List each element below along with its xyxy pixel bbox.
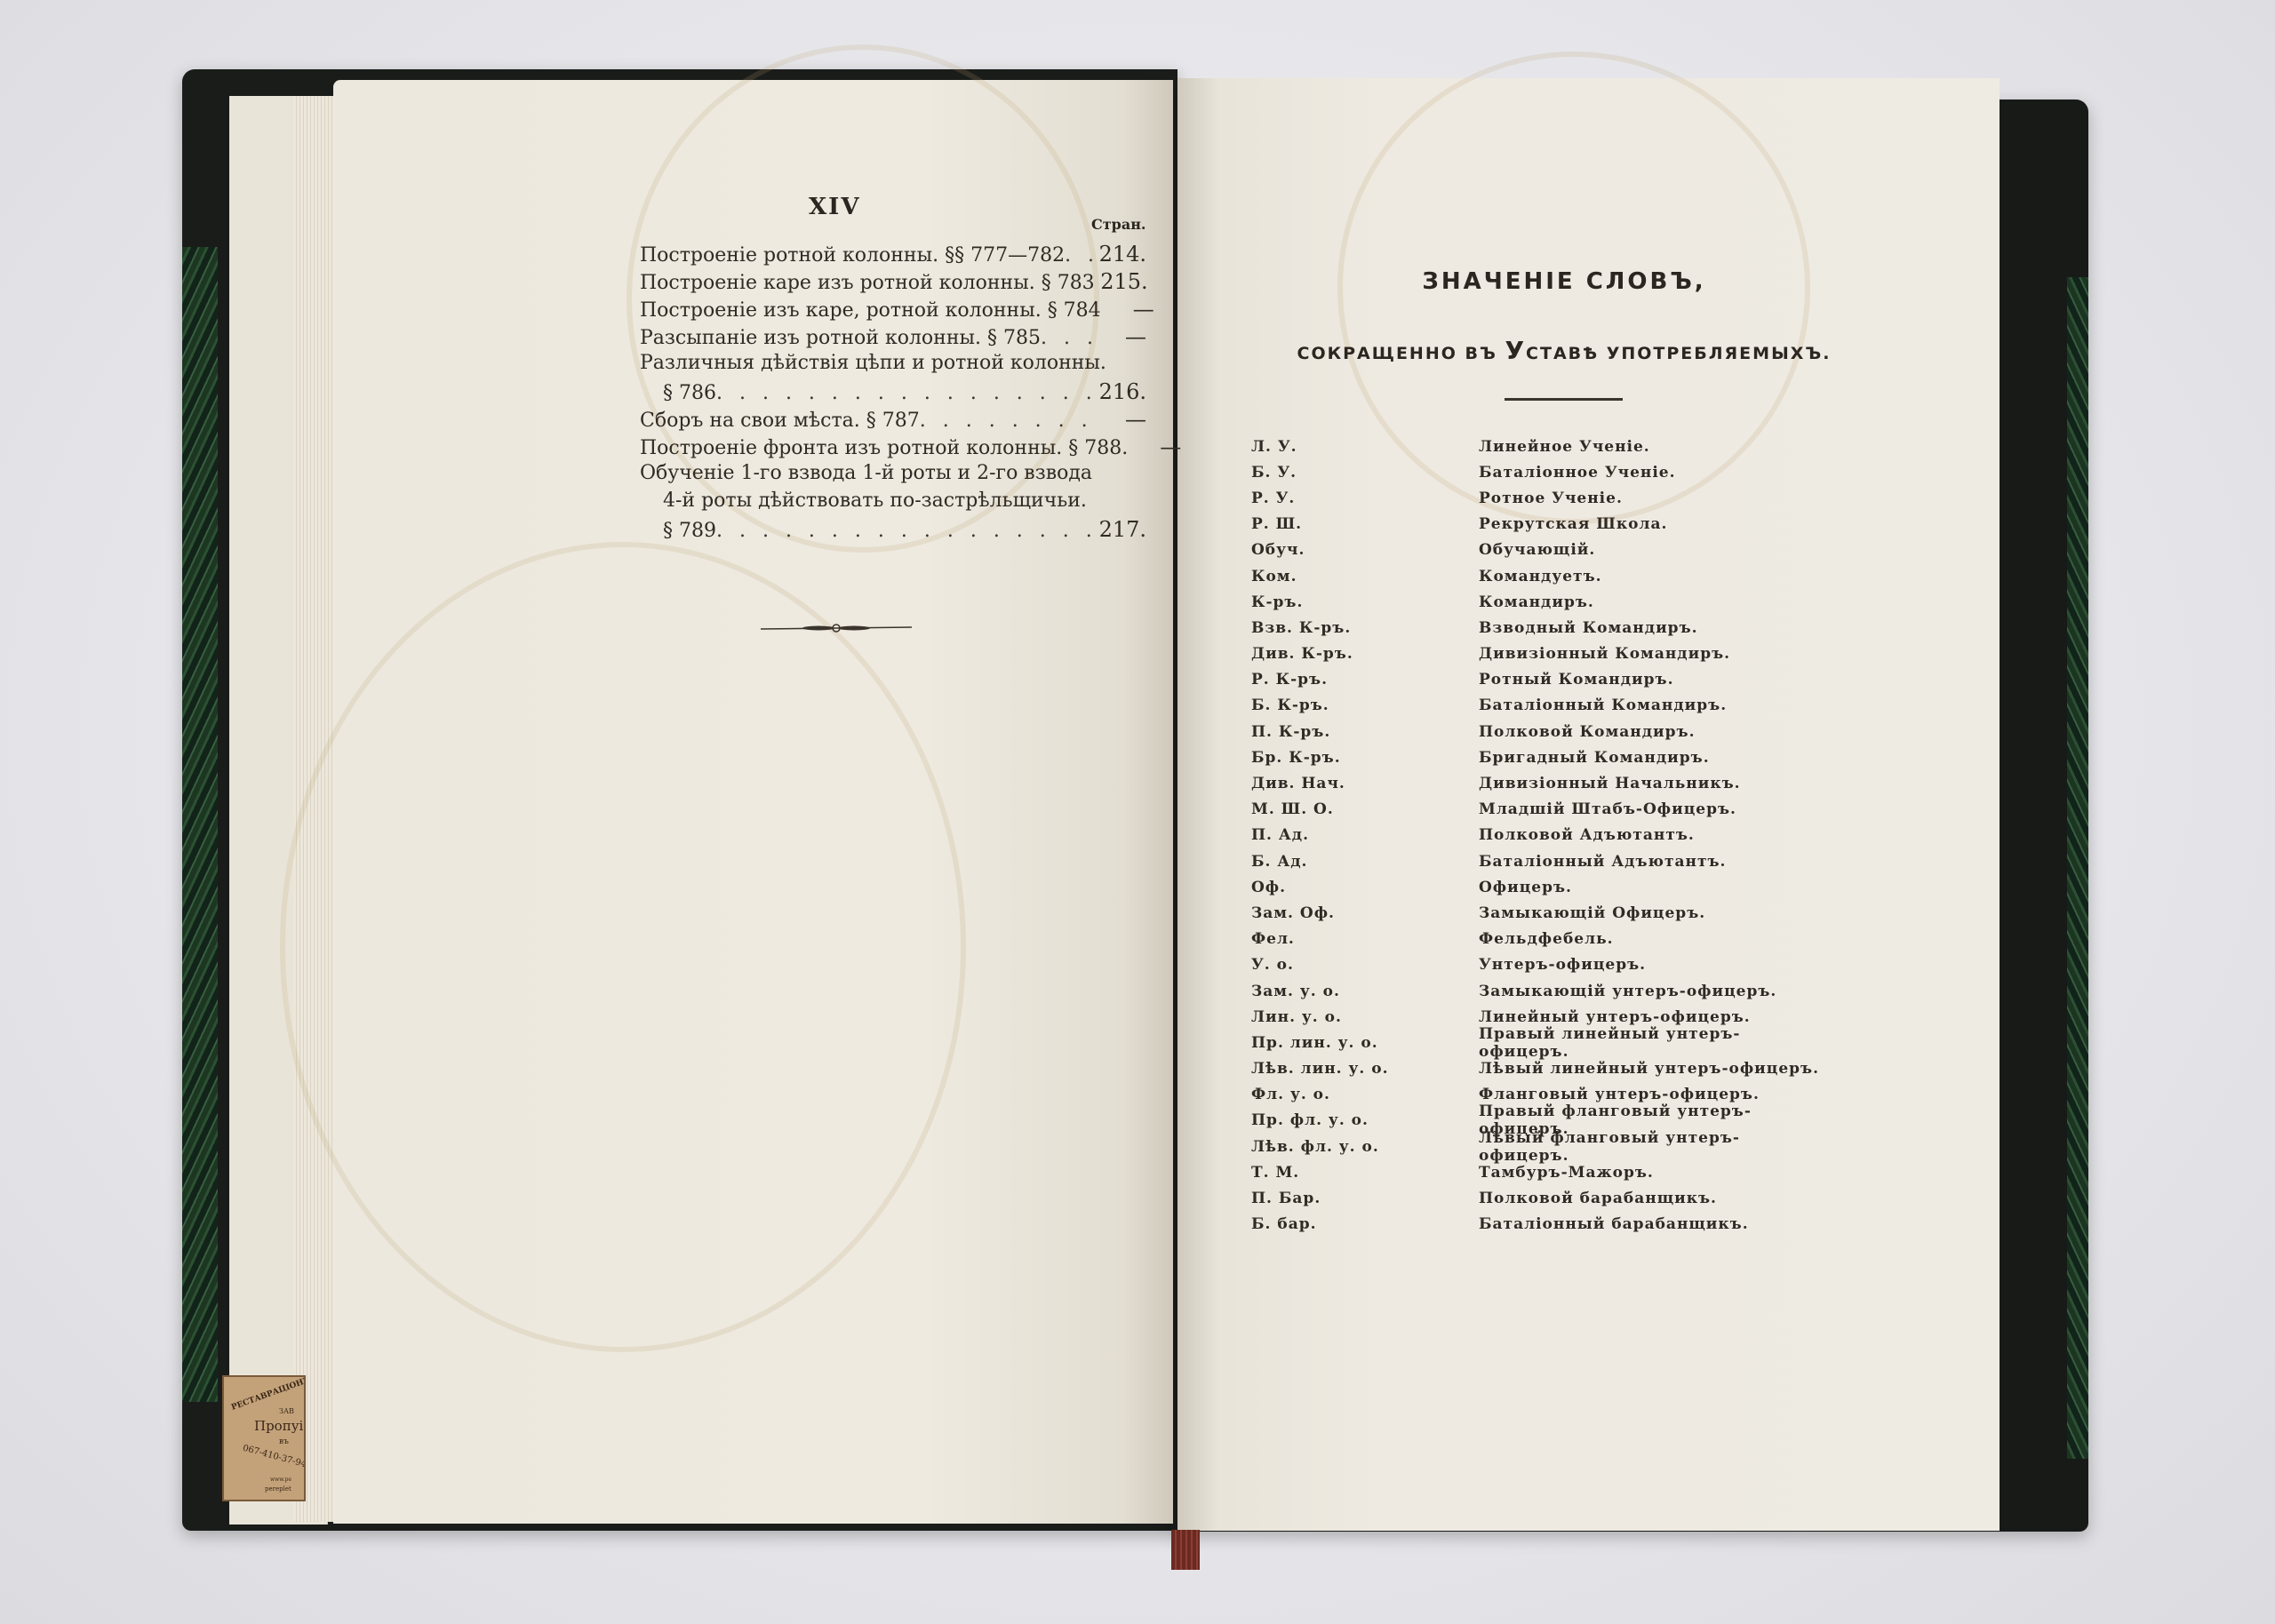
- bookbinder-label: РЕСТАВРАЦІОНН ЗАВ Пропуі въ 067-410-37-9…: [222, 1375, 306, 1501]
- abbreviation: Б. У.: [1251, 464, 1479, 482]
- abbreviation: П. Ад.: [1251, 826, 1479, 844]
- toc-entry: Сборъ на свои мѣста. § 787. . . . . . . …: [640, 407, 1146, 434]
- toc-entry: Различныя дѣйствія цѣпи и ротной колонны…: [640, 352, 1146, 379]
- abbreviation: Пр. лин. у. о.: [1251, 1034, 1479, 1052]
- abbreviation-meaning: Баталіонный Адъютантъ.: [1479, 853, 1820, 871]
- abbreviation: Лѣв. лин. у. о.: [1251, 1060, 1479, 1078]
- toc-leader: . . . . . . . . . .: [920, 410, 1093, 432]
- page-title: ЗНАЧЕНІЕ СЛОВЪ,: [1244, 268, 1884, 295]
- toc-entry: Обученіе 1-го взвода 1-й роты и 2-го взв…: [640, 462, 1146, 490]
- abbreviation-meaning: Дивизіонный Командиръ.: [1479, 645, 1820, 663]
- toc-leader: . . . . . . . . . . . . . . . . . . . . …: [716, 382, 1093, 404]
- abbreviation-meaning: Рекрутская Школа.: [1479, 515, 1820, 533]
- abbreviation: Див. Нач.: [1251, 775, 1479, 792]
- abbreviation-row: Ком.Командуетъ.: [1251, 563, 1820, 589]
- toc-entry: Построеніе фронта изъ ротной колонны. § …: [640, 434, 1146, 462]
- abbreviation-row: Лѣв. лин. у. о.Лѣвый линейный унтеръ-офи…: [1251, 1056, 1820, 1082]
- toc-entry: 4-й роты дѣйствовать по-застрѣльщичьи.: [640, 490, 1146, 517]
- abbreviation: Пр. фл. у. о.: [1251, 1111, 1479, 1129]
- abbreviation-row: Обуч.Обучающій.: [1251, 537, 1820, 563]
- abbreviation-row: Л. У.Линейное Ученіе.: [1251, 434, 1820, 459]
- abbreviation-row: Див. Нач.Дивизіонный Начальникъ.: [1251, 770, 1820, 796]
- toc-entry-text: Построеніе изъ каре, ротной колонны. § 7…: [640, 299, 1101, 322]
- abbreviation: Зам. у. о.: [1251, 983, 1479, 1000]
- label-text: ЗАВ: [279, 1407, 294, 1415]
- abbreviation: Лѣв. фл. у. о.: [1251, 1138, 1479, 1156]
- abbreviation-row: Зам. Оф.Замыкающій Офицеръ.: [1251, 900, 1820, 926]
- abbreviation: Фл. у. о.: [1251, 1086, 1479, 1103]
- subtitle-part: УПОТРЕБЛЯЕМЫХЪ.: [1599, 344, 1831, 363]
- label-text: pereplet: [265, 1485, 291, 1493]
- abbreviation-meaning: Ротное Ученіе.: [1479, 490, 1820, 507]
- abbreviation: Б. бар.: [1251, 1215, 1479, 1233]
- page-subtitle: СОКРАЩЕННО ВЪ УСТАВѢ УПОТРЕБЛЯЕМЫХЪ.: [1244, 336, 1884, 365]
- toc-entry-text: Сборъ на свои мѣста. § 787: [640, 410, 920, 432]
- abbreviation-row: У. о.Унтеръ-офицеръ.: [1251, 952, 1820, 978]
- label-text: www.ре: [270, 1477, 291, 1483]
- abbreviation-row: Б. Ад.Баталіонный Адъютантъ.: [1251, 848, 1820, 874]
- toc-entry-text: Обученіе 1-го взвода 1-й роты и 2-го взв…: [640, 462, 1092, 484]
- label-text: Пропуі: [254, 1418, 303, 1434]
- toc-entry-text: Построеніе каре изъ ротной колонны. § 78…: [640, 272, 1095, 294]
- abbreviation-row: Р. У.Ротное Ученіе.: [1251, 485, 1820, 511]
- toc-page: —: [1093, 324, 1146, 349]
- abbreviation-meaning: Баталіонное Ученіе.: [1479, 464, 1820, 482]
- page-number: XIV: [809, 194, 861, 220]
- toc-leader: . . .: [1065, 244, 1093, 267]
- abbreviation-meaning: Линейный унтеръ-офицеръ.: [1479, 1008, 1820, 1026]
- toc-entry-text: § 789: [640, 520, 716, 542]
- toc-entry-text: 4-й роты дѣйствовать по-застрѣльщичьи.: [640, 490, 1087, 512]
- abbreviation-meaning: Офицеръ.: [1479, 879, 1820, 896]
- abbreviation-meaning: Бригадный Командиръ.: [1479, 749, 1820, 767]
- abbreviation: Взв. К-ръ.: [1251, 619, 1479, 637]
- abbreviation-row: Б. К-ръ.Баталіонный Командиръ.: [1251, 693, 1820, 719]
- toc-entry-text: Построеніе фронта изъ ротной колонны. § …: [640, 437, 1128, 459]
- toc-entry-text: § 786: [640, 382, 716, 404]
- abbreviation: Р. К-ръ.: [1251, 671, 1479, 689]
- abbreviation-meaning: Замыкающій унтеръ-офицеръ.: [1479, 983, 1820, 1000]
- abbreviation: К-ръ.: [1251, 593, 1479, 611]
- abbreviation-meaning: Полковой Адъютантъ.: [1479, 826, 1820, 844]
- abbreviation-meaning: Правый линейный унтеръ-офицеръ.: [1479, 1025, 1820, 1061]
- subtitle-part: СТАВѢ: [1526, 344, 1599, 363]
- toc-entry: § 789. . . . . . . . . . . . . . . . . .…: [640, 517, 1146, 545]
- abbreviation-row: Р. Ш.Рекрутская Школа.: [1251, 512, 1820, 537]
- abbreviation-meaning: Взводный Командиръ.: [1479, 619, 1820, 637]
- abbreviation-row: М. Ш. О.Младшій Штабъ-Офицеръ.: [1251, 797, 1820, 823]
- abbreviation-meaning: Дивизіонный Начальникъ.: [1479, 775, 1820, 792]
- abbreviation-meaning: Младшій Штабъ-Офицеръ.: [1479, 800, 1820, 818]
- label-text: въ: [279, 1437, 289, 1446]
- toc-leader: . . . .: [1041, 327, 1093, 349]
- abbreviation-row: П. Бар.Полковой барабанщикъ.: [1251, 1185, 1820, 1211]
- abbreviation-meaning: Замыкающій Офицеръ.: [1479, 904, 1820, 922]
- abbreviation-row: Взв. К-ръ.Взводный Командиръ.: [1251, 615, 1820, 641]
- toc-page: —: [1101, 297, 1154, 322]
- toc-page: 215.: [1095, 269, 1148, 294]
- toc-page: 217.: [1093, 517, 1146, 542]
- table-of-contents: Построеніе ротной колонны. §§ 777—782. .…: [640, 242, 1146, 545]
- abbreviation-row: Т. М.Тамбуръ-Мажоръ.: [1251, 1159, 1820, 1185]
- toc-page: —: [1093, 407, 1146, 432]
- abbreviation: Р. Ш.: [1251, 515, 1479, 533]
- abbreviation-meaning: Баталіонный барабанщикъ.: [1479, 1215, 1820, 1233]
- abbreviation: М. Ш. О.: [1251, 800, 1479, 818]
- abbreviation-meaning: Унтеръ-офицеръ.: [1479, 956, 1820, 974]
- subtitle-part: СОКРАЩЕННО ВЪ: [1297, 344, 1505, 363]
- abbreviation-meaning: Баталіонный Командиръ.: [1479, 697, 1820, 714]
- abbreviation-meaning: Лѣвый фланговый унтеръ-офицеръ.: [1479, 1129, 1820, 1165]
- abbreviation-row: Див. К-ръ.Дивизіонный Командиръ.: [1251, 641, 1820, 667]
- abbreviation-meaning: Фланговый унтеръ-офицеръ.: [1479, 1086, 1820, 1103]
- abbreviation: П. Бар.: [1251, 1190, 1479, 1207]
- title-rule: [1505, 398, 1623, 401]
- page-column-header: Стран.: [1091, 216, 1145, 233]
- abbreviation: У. о.: [1251, 956, 1479, 974]
- abbreviation-row: Бр. К-ръ.Бригадный Командиръ.: [1251, 744, 1820, 770]
- abbreviation-row: Б. У.Баталіонное Ученіе.: [1251, 459, 1820, 485]
- abbreviation-row: Оф.Офицеръ.: [1251, 874, 1820, 900]
- abbreviation-row: Пр. лин. у. о.Правый линейный унтеръ-офи…: [1251, 1030, 1820, 1055]
- marbled-edge-right: [2067, 277, 2088, 1459]
- toc-entry: Построеніе каре изъ ротной колонны. § 78…: [640, 269, 1146, 297]
- abbreviation: Ком.: [1251, 568, 1479, 585]
- marbled-edge-left: [182, 247, 218, 1402]
- abbreviation-meaning: Тамбуръ-Мажоръ.: [1479, 1164, 1820, 1182]
- abbreviation: Р. У.: [1251, 490, 1479, 507]
- water-stain: [280, 542, 966, 1352]
- abbreviation-meaning: Фельдфебель.: [1479, 930, 1820, 948]
- abbreviation-row: Р. К-ръ.Ротный Командиръ.: [1251, 667, 1820, 693]
- abbreviation-row: Фел.Фельдфебель.: [1251, 927, 1820, 952]
- abbreviation-row: Б. бар.Баталіонный барабанщикъ.: [1251, 1212, 1820, 1238]
- abbreviation-meaning: Полковой Командиръ.: [1479, 723, 1820, 741]
- abbreviation: Б. Ад.: [1251, 853, 1479, 871]
- toc-page: —: [1128, 434, 1181, 459]
- abbreviation-row: К-ръ.Командиръ.: [1251, 589, 1820, 615]
- abbreviation-row: П. К-ръ.Полковой Командиръ.: [1251, 719, 1820, 744]
- abbreviation-table: Л. У.Линейное Ученіе. Б. У.Баталіонное У…: [1251, 434, 1820, 1238]
- toc-entry: Разсыпаніе изъ ротной колонны. § 785. . …: [640, 324, 1146, 352]
- abbreviation-row: Зам. у. о.Замыкающій унтеръ-офицеръ.: [1251, 978, 1820, 1004]
- toc-leader: . . . . . . . . . . . . . . . . . . . . …: [716, 520, 1093, 542]
- toc-page: 216.: [1093, 379, 1146, 404]
- toc-page: 214.: [1093, 242, 1146, 267]
- abbreviation: Оф.: [1251, 879, 1479, 896]
- abbreviation: П. К-ръ.: [1251, 723, 1479, 741]
- abbreviation-meaning: Полковой барабанщикъ.: [1479, 1190, 1820, 1207]
- abbreviation: Див. К-ръ.: [1251, 645, 1479, 663]
- abbreviation-meaning: Линейное Ученіе.: [1479, 438, 1820, 456]
- abbreviation-meaning: Ротный Командиръ.: [1479, 671, 1820, 689]
- abbreviation: Бр. К-ръ.: [1251, 749, 1479, 767]
- subtitle-capital: У: [1505, 336, 1526, 365]
- abbreviation: Зам. Оф.: [1251, 904, 1479, 922]
- abbreviation: Т. М.: [1251, 1164, 1479, 1182]
- toc-entry: Построеніе ротной колонны. §§ 777—782. .…: [640, 242, 1146, 269]
- abbreviation: Фел.: [1251, 930, 1479, 948]
- abbreviation-meaning: Обучающій.: [1479, 541, 1820, 559]
- ornament-divider-icon: [761, 622, 912, 634]
- toc-entry-text: Различныя дѣйствія цѣпи и ротной колонны…: [640, 352, 1106, 374]
- abbreviation-meaning: Командиръ.: [1479, 593, 1820, 611]
- abbreviation-row: П. Ад.Полковой Адъютантъ.: [1251, 823, 1820, 848]
- abbreviation-meaning: Лѣвый линейный унтеръ-офицеръ.: [1479, 1060, 1820, 1078]
- label-text: РЕСТАВРАЦІОНН: [230, 1375, 306, 1413]
- abbreviation: Обуч.: [1251, 541, 1479, 559]
- toc-entry-text: Построеніе ротной колонны. §§ 777—782: [640, 244, 1065, 267]
- toc-entry-text: Разсыпаніе изъ ротной колонны. § 785: [640, 327, 1041, 349]
- toc-entry: § 786. . . . . . . . . . . . . . . . . .…: [640, 379, 1146, 407]
- abbreviation-row: Лѣв. фл. у. о.Лѣвый фланговый унтеръ-офи…: [1251, 1134, 1820, 1159]
- label-text: 067-410-37-94: [242, 1444, 306, 1470]
- abbreviation: Б. К-ръ.: [1251, 697, 1479, 714]
- abbreviation: Л. У.: [1251, 438, 1479, 456]
- bookmark-ribbon: [1171, 1530, 1200, 1570]
- abbreviation-meaning: Командуетъ.: [1479, 568, 1820, 585]
- toc-entry: Построеніе изъ каре, ротной колонны. § 7…: [640, 297, 1146, 324]
- abbreviation: Лин. у. о.: [1251, 1008, 1479, 1026]
